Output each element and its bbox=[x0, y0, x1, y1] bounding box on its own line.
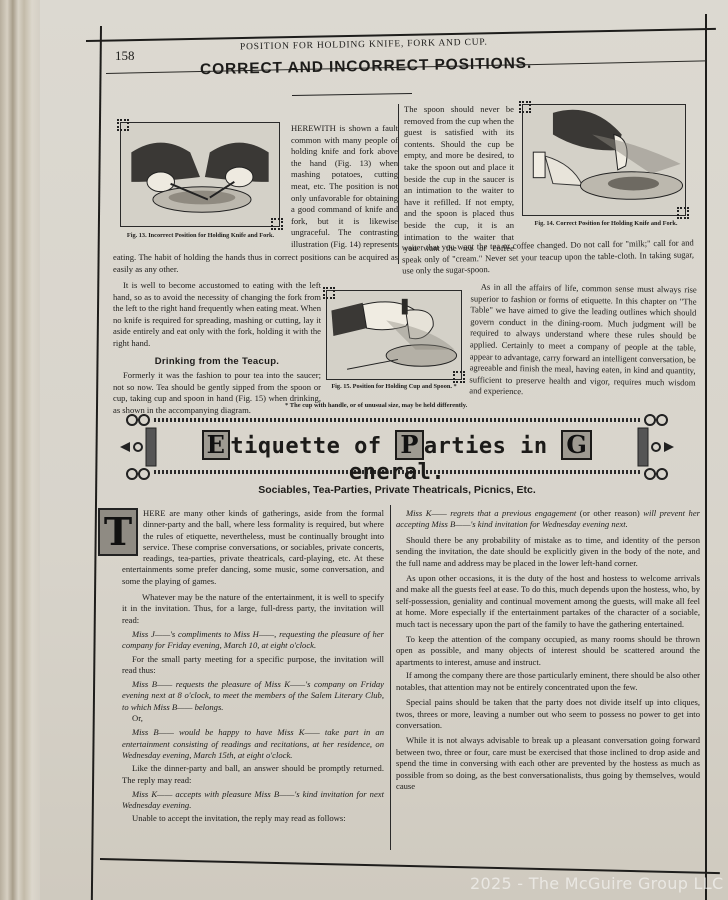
column-divider-bottom bbox=[390, 505, 391, 850]
banner-top-border bbox=[154, 418, 640, 422]
column-divider-top bbox=[398, 104, 399, 264]
unable-to-accept-line: Unable to accept the invitation, the rep… bbox=[122, 813, 384, 824]
section1-spoon-tail: waiter that you want the tea or coffee c… bbox=[402, 237, 695, 277]
chapter-title: Etiquette of Parties in General. bbox=[178, 430, 616, 485]
hand-teacup-saucer-illustration-icon bbox=[327, 291, 461, 379]
eminent-company-paragraph: If among the company there are those par… bbox=[396, 670, 700, 693]
page-number: 158 bbox=[115, 48, 135, 64]
section1-left-hand-paragraph: It is well to become accustomed to eatin… bbox=[113, 280, 321, 417]
host-duty-paragraph: As upon other occasions, it is the duty … bbox=[396, 573, 700, 630]
figure-15-caption: Fig. 15. Position for Holding Cup and Sp… bbox=[326, 383, 462, 391]
gatherings-paragraph: HERE are many other kinds of gatherings,… bbox=[122, 508, 384, 587]
regret-example: Miss K—— regrets that a previous engagem… bbox=[396, 508, 700, 531]
or-label: Or, bbox=[122, 713, 384, 724]
section1-spoon-paragraph: The spoon should never be removed from t… bbox=[404, 104, 514, 254]
teacup-paragraph: Formerly it was the fashion to pour tea … bbox=[113, 370, 321, 416]
invitation-example-3: Miss B—— would be happy to have Miss K——… bbox=[122, 727, 384, 761]
ornamental-capital-e: E bbox=[202, 430, 231, 460]
herewith-paragraph: HEREWITH is shown a fault common with ma… bbox=[291, 123, 398, 250]
answer-paragraph: Like the dinner-party and ball, an answe… bbox=[122, 763, 384, 786]
ornamental-capital-g: G bbox=[561, 430, 592, 460]
cliques-paragraph: Special pains should be taken that the p… bbox=[396, 697, 700, 731]
nature-of-entertainment-paragraph: Whatever may be the nature of the entert… bbox=[122, 592, 384, 626]
invitation-example-2: Miss B—— requests the pleasure of Miss K… bbox=[122, 679, 384, 713]
eating-habit-line: eating. The habit of holding the hands t… bbox=[113, 252, 398, 275]
chapter-subtitle: Sociables, Tea-Parties, Private Theatric… bbox=[118, 484, 676, 496]
milk-cream-line: waiter that you want the tea or coffee c… bbox=[402, 237, 695, 277]
page-frame-right-rule bbox=[705, 14, 707, 900]
left-scroll-ornament-icon bbox=[118, 412, 158, 482]
section1-col1-continue: eating. The habit of holding the hands t… bbox=[113, 252, 398, 275]
section2-right-column: Miss K—— regrets that a previous engagem… bbox=[396, 508, 700, 792]
teacup-subheading: Drinking from the Teacup. bbox=[113, 356, 321, 368]
figure-14-caption: Fig. 14. Correct Position for Holding Kn… bbox=[526, 220, 686, 228]
hand-fork-plate-illustration-icon bbox=[523, 105, 685, 215]
acceptance-example: Miss K—— accepts with pleasure Miss B——'… bbox=[122, 789, 384, 812]
copyright-watermark: 2025 - The McGuire Group LLC bbox=[470, 874, 723, 893]
small-party-paragraph: For the small party meeting for a specif… bbox=[122, 654, 384, 677]
right-scroll-ornament-icon bbox=[636, 412, 676, 482]
section1-paragraph-herewith: HEREWITH is shown a fault common with ma… bbox=[113, 123, 398, 250]
book-spine bbox=[0, 0, 40, 900]
chapter-banner: Etiquette of Parties in General. bbox=[118, 412, 676, 482]
drop-cap-t: T bbox=[98, 508, 138, 556]
section1-common-sense-paragraph: As in all the affairs of life, common se… bbox=[469, 281, 697, 400]
attention-paragraph: To keep the attention of the company occ… bbox=[396, 634, 700, 668]
ornamental-capital-p: P bbox=[395, 430, 424, 460]
mistake-paragraph: Should there be any probability of mista… bbox=[396, 535, 700, 569]
section2-left-column: T HERE are many other kinds of gathering… bbox=[122, 508, 384, 825]
figure-14-correct-position bbox=[522, 104, 686, 216]
invitation-example-1: Miss J——'s compliments to Miss H——, requ… bbox=[122, 629, 384, 652]
figure-15-cup-and-spoon bbox=[326, 290, 462, 380]
footnote: * The cup with handle, or of unusual siz… bbox=[285, 402, 467, 409]
conversation-paragraph: While it is not always advisable to brea… bbox=[396, 735, 700, 792]
